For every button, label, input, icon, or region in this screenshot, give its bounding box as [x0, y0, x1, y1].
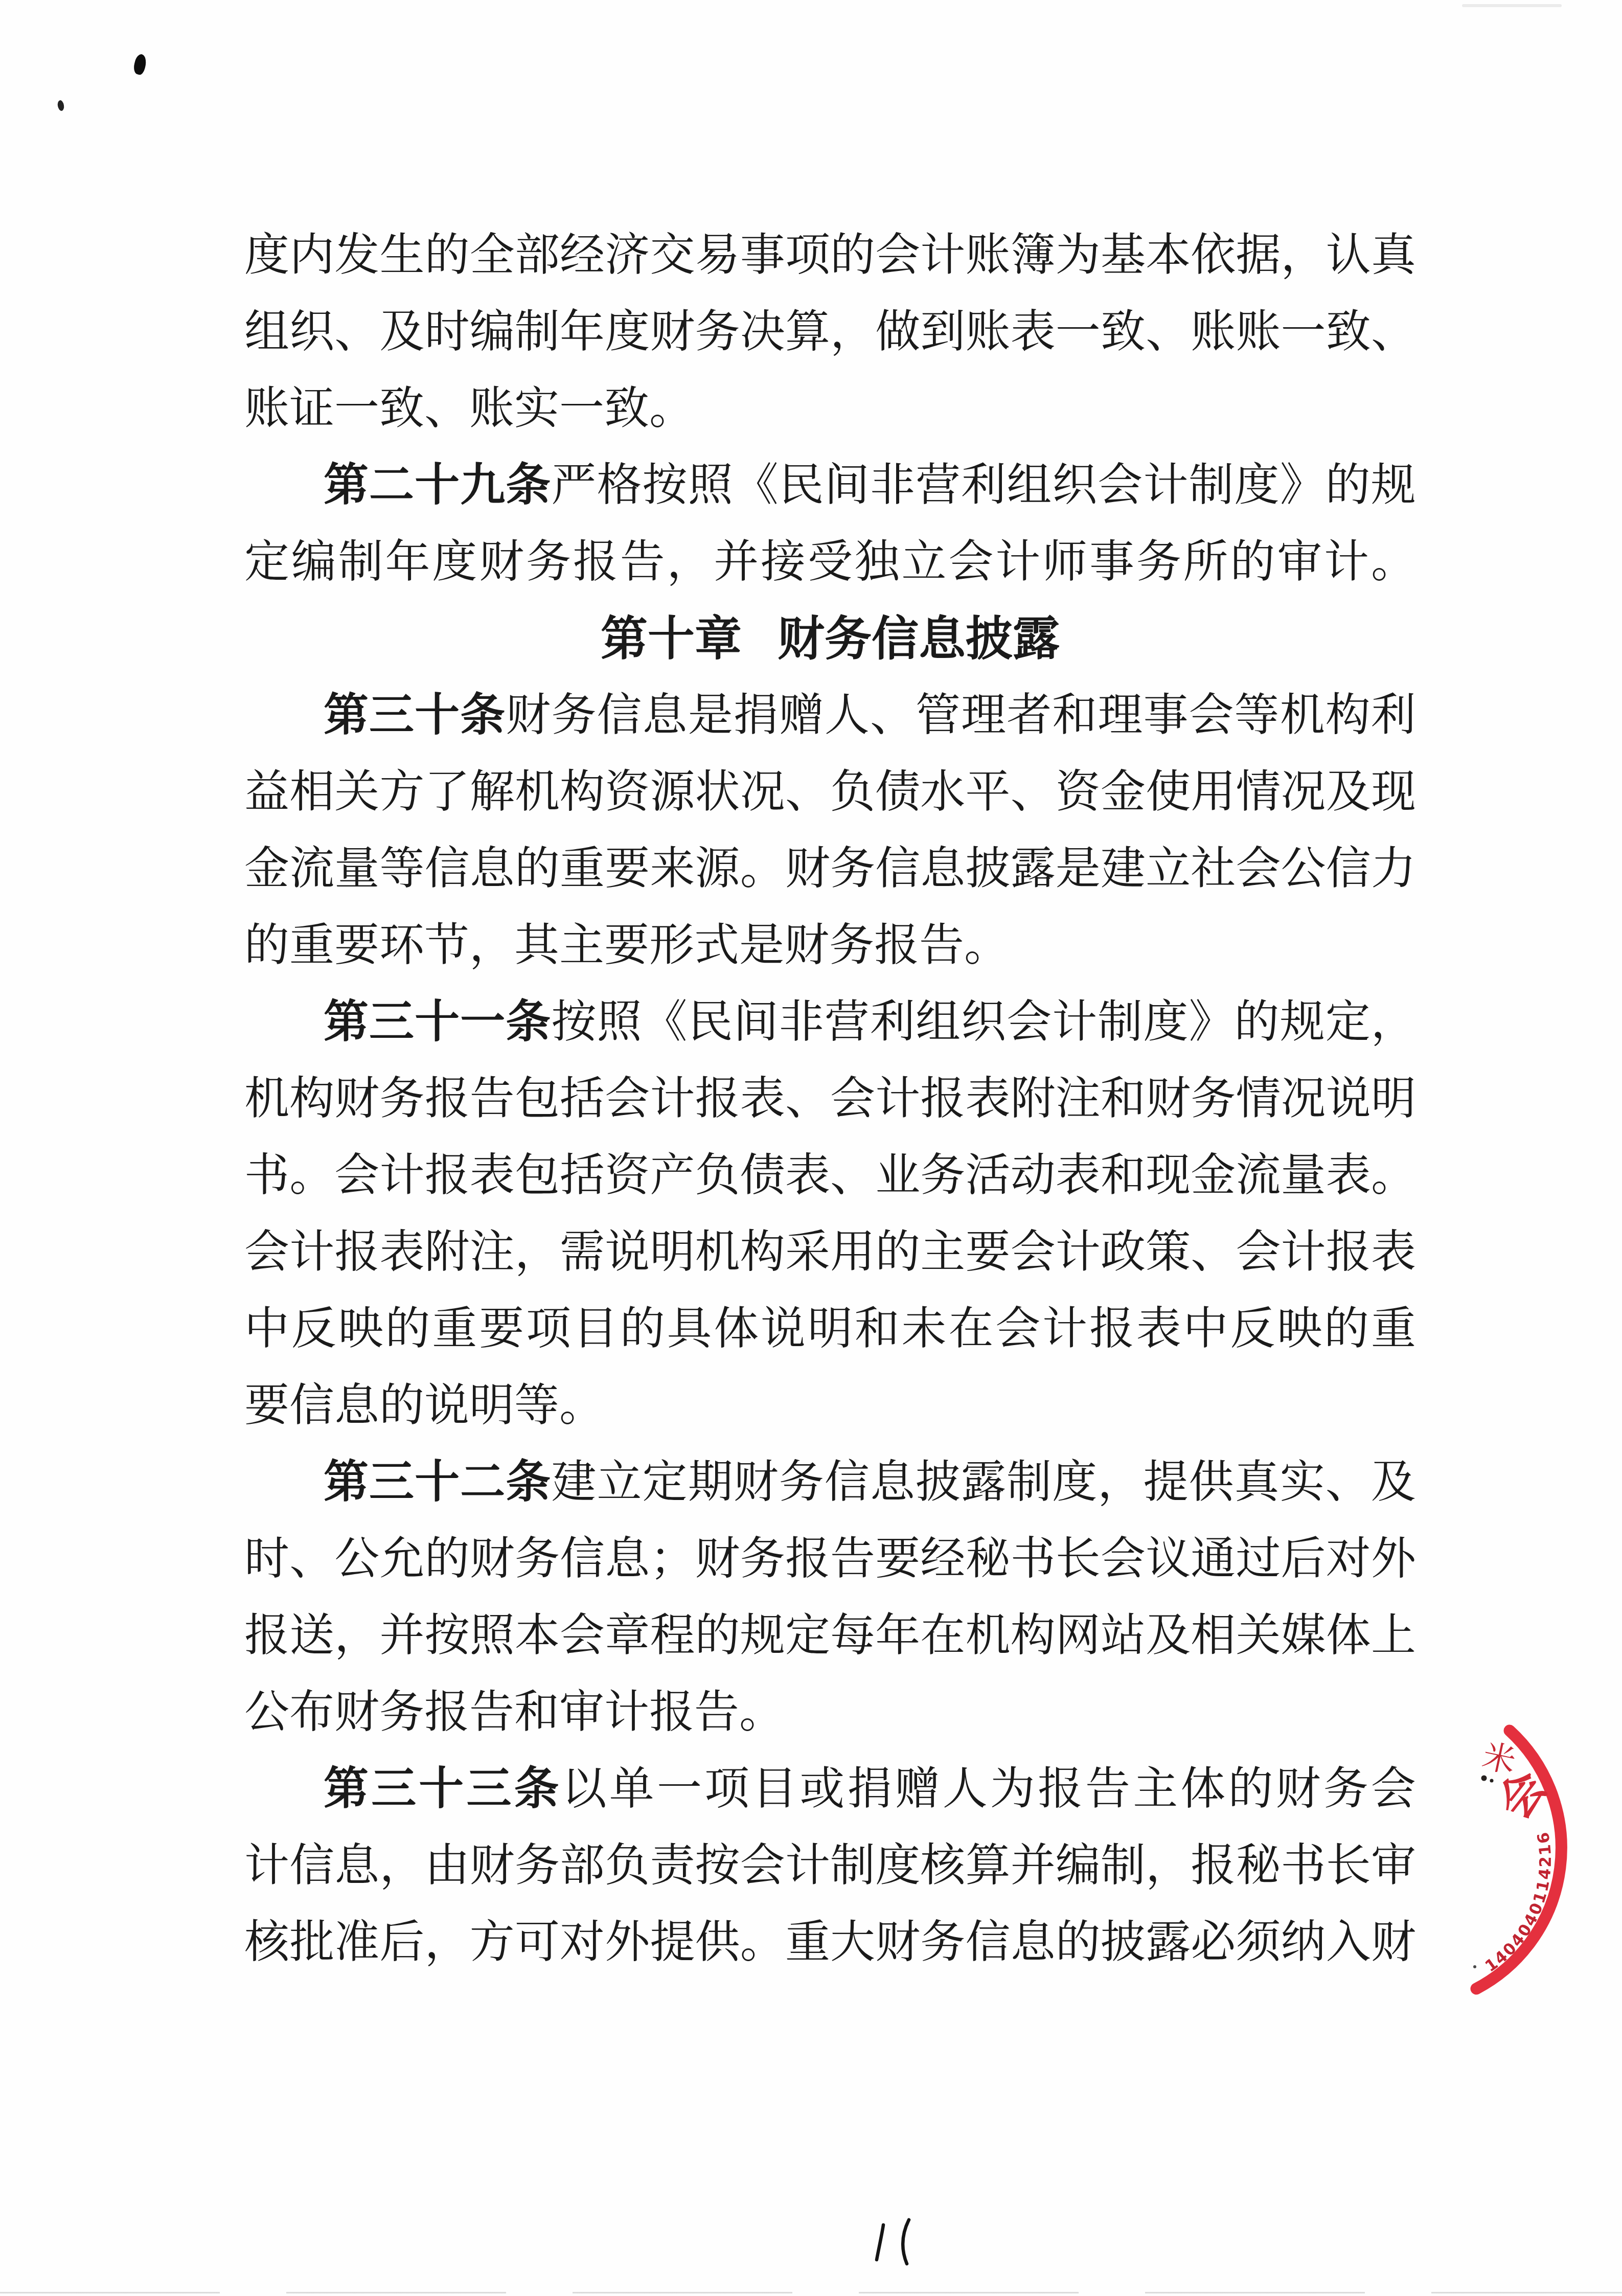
text-line: 金流量等信息的重要来源。财务信息披露是建立社会公信力: [244, 831, 1416, 907]
page-number-stroke-1: [877, 2225, 883, 2260]
seal-ink-dot: [1481, 1776, 1487, 1781]
text-line: 定编制年度财务报告，并接受独立会计师事务所的审计。: [244, 524, 1416, 601]
text-line: 时、公允的财务信息；财务报告要经秘书长会议通过后对外: [244, 1521, 1416, 1598]
text-line: 公布财务报告和审计报告。: [244, 1674, 1416, 1751]
ink-speck: [57, 100, 64, 111]
text-line: 报送，并按照本会章程的规定每年在机构网站及相关媒体上: [244, 1598, 1416, 1674]
text-line: 第二十九条严格按照《民间非营利组织会计制度》的规: [244, 447, 1416, 524]
seal-ink-dot: [1473, 1965, 1476, 1968]
scanned-document-page: 度内发生的全部经济交易事项的会计账簿为基本依据，认真 组织、及时编制年度财务决算…: [0, 0, 1622, 2296]
text-line: 第三十条财务信息是捐赠人、管理者和理事会等机构利: [244, 677, 1416, 754]
scan-edge-artifact: [0, 2292, 1622, 2293]
chapter-heading: 第十章财务信息披露: [244, 601, 1416, 677]
text-line: 第三十三条以单一项目或捐赠人为报告主体的财务会: [244, 1751, 1416, 1828]
ink-speck: [132, 53, 148, 76]
text-line: 第三十一条按照《民间非营利组织会计制度》的规定，: [244, 984, 1416, 1061]
text-line: 的重要环节，其主要形式是财务报告。: [244, 907, 1416, 984]
text-line: 核批准后，方可对外提供。重大财务信息的披露必须纳入财: [244, 1904, 1416, 1981]
text-line: 第三十二条建立定期财务信息披露制度，提供真实、及: [244, 1444, 1416, 1521]
page-number: [864, 2214, 920, 2270]
chapter-number: 第十章: [601, 601, 742, 677]
text-line: 账证一致、账实一致。: [244, 371, 1416, 447]
text-line: 要信息的说明等。: [244, 1368, 1416, 1444]
text-line: 机构财务报告包括会计报表、会计报表附注和财务情况说明: [244, 1061, 1416, 1138]
text-line: 中反映的重要项目的具体说明和未在会计报表中反映的重: [244, 1291, 1416, 1368]
page-number-stroke-2: [903, 2220, 909, 2264]
text-line: 度内发生的全部经济交易事项的会计账簿为基本依据，认真: [244, 217, 1416, 294]
seal-ink-dot: [1490, 1779, 1494, 1783]
text-line: 会计报表附注，需说明机构采用的主要会计政策、会计报表: [244, 1214, 1416, 1291]
seal-stamp: 1404040114216 米 会: [1438, 1702, 1622, 2071]
text-line: 计信息，由财务部负责按会计制度核算并编制，报秘书长审: [244, 1828, 1416, 1904]
text-block: 度内发生的全部经济交易事项的会计账簿为基本依据，认真 组织、及时编制年度财务决算…: [244, 217, 1416, 1981]
text-line: 书。会计报表包括资产负债表、业务活动表和现金流量表。: [244, 1138, 1416, 1214]
text-line: 组织、及时编制年度财务决算，做到账表一致、账账一致、: [244, 294, 1416, 371]
text-line: 益相关方了解机构资源状况、负债水平、资金使用情况及现: [244, 754, 1416, 831]
scan-edge-artifact: [1462, 4, 1562, 7]
chapter-title: 财务信息披露: [778, 601, 1060, 677]
